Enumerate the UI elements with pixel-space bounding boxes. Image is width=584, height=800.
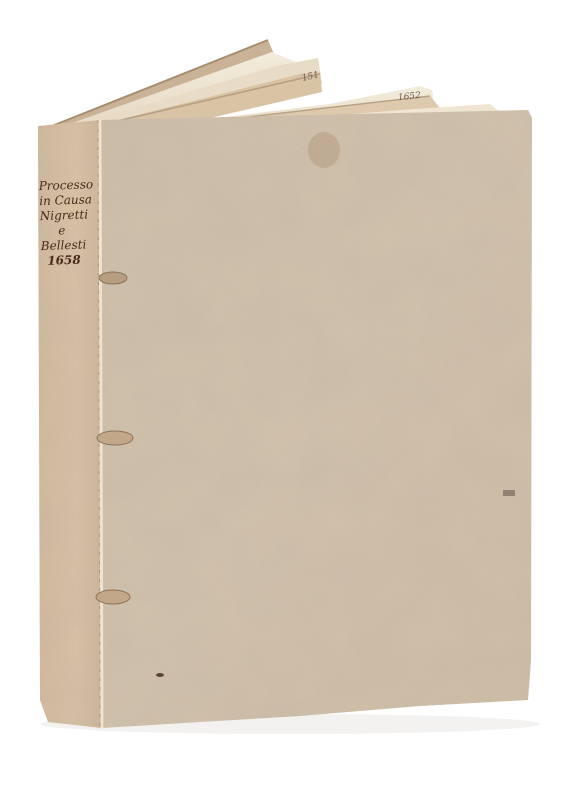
spine-line: 1658 <box>41 252 103 269</box>
spine-line: in Causa <box>39 192 101 209</box>
spine-handwritten-title: Processo in Causa Nigretti e Bellesti 16… <box>38 177 103 269</box>
book-photo: Processo in Causa Nigretti e Bellesti 16… <box>0 0 584 800</box>
book-illustration <box>0 0 584 800</box>
front-cover <box>100 110 532 728</box>
